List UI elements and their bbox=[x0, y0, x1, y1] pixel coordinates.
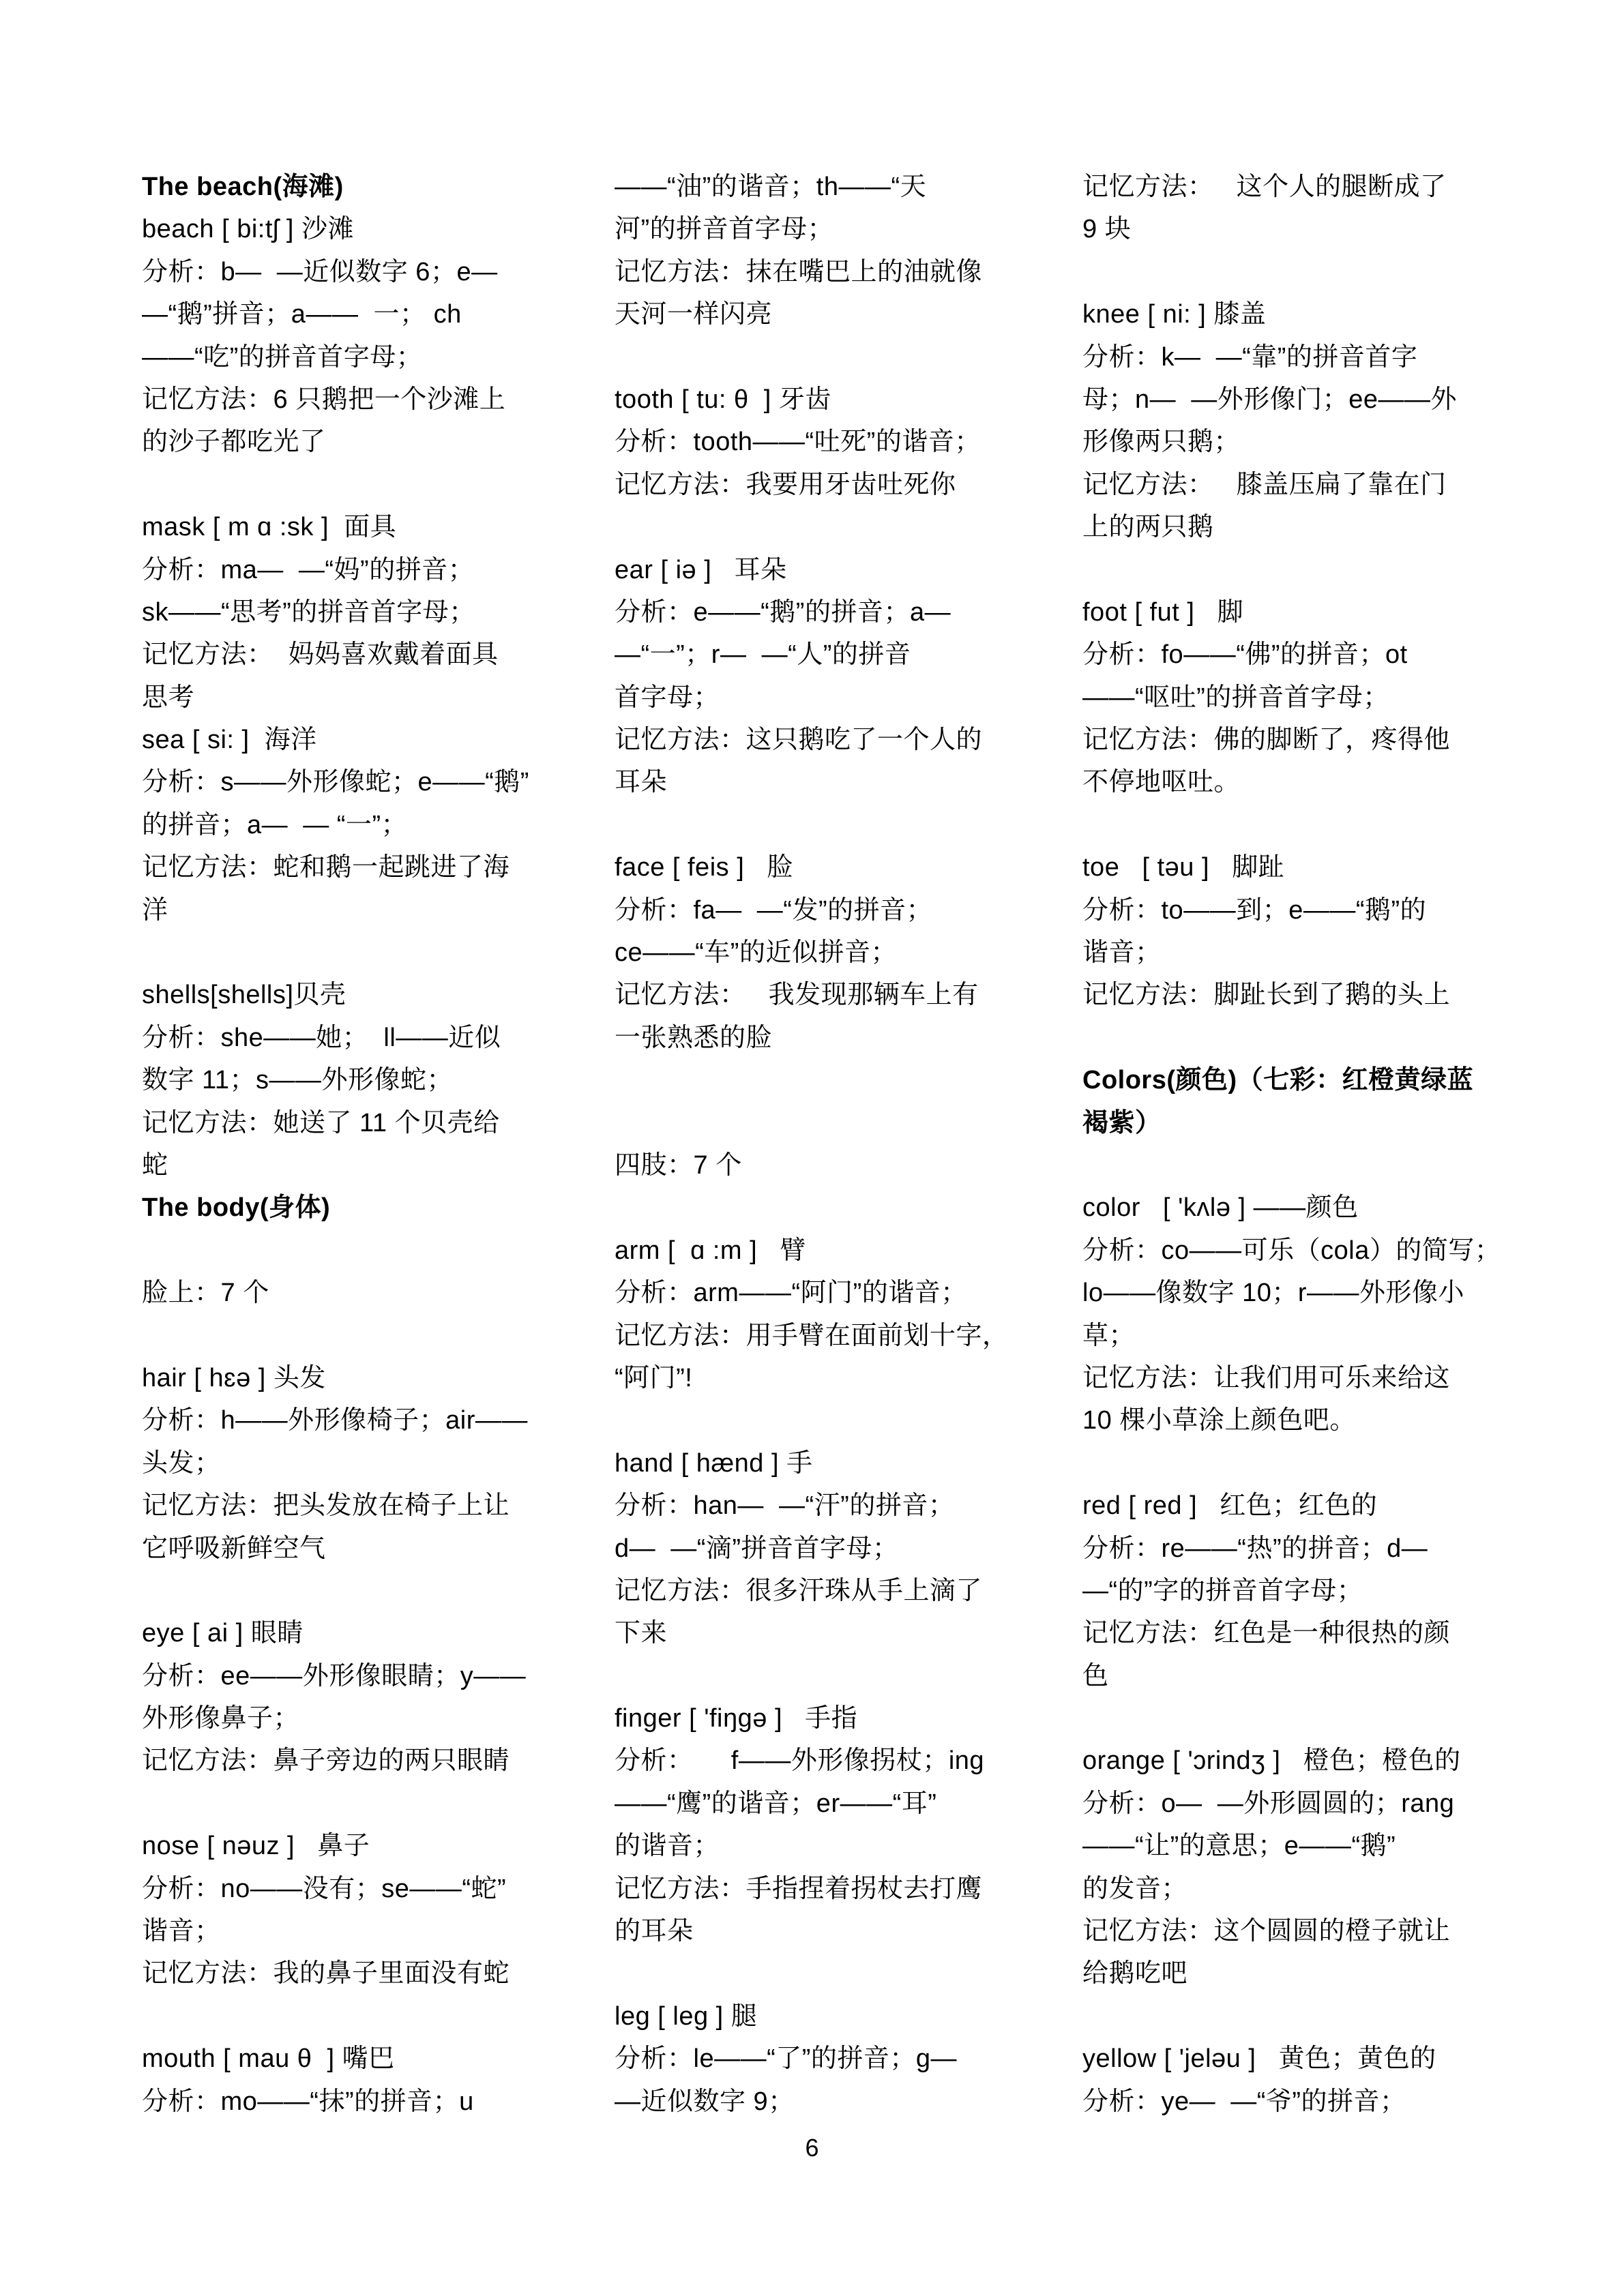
text-line: 记忆方法：脚趾长到了鹅的头上 bbox=[1082, 974, 1519, 1016]
text-line: hand [ hænd ] 手 bbox=[615, 1442, 1051, 1485]
text-line: 不停地呕吐。 bbox=[1082, 761, 1519, 803]
text-line: 蛇 bbox=[142, 1144, 578, 1187]
text-line: arm [ ɑ :m ] 臂 bbox=[615, 1229, 1051, 1272]
text-line: 分析：k— —“靠”的拼音首字 bbox=[1082, 336, 1519, 378]
text-line bbox=[142, 1995, 578, 2038]
text-line: 分析：ee——外形像眼睛；y—— bbox=[142, 1655, 578, 1697]
text-line bbox=[142, 931, 578, 974]
text-line bbox=[142, 1315, 578, 1357]
text-line: 色 bbox=[1082, 1655, 1519, 1697]
text-line: 记忆方法：让我们用可乐来给这 bbox=[1082, 1357, 1519, 1399]
text-line: 分析：fo——“佛”的拼音；ot bbox=[1082, 633, 1519, 676]
text-line: 记忆方法：我的鼻子里面没有蛇 bbox=[142, 1952, 578, 1995]
text-line bbox=[142, 1570, 578, 1612]
section-heading: The beach(海滩) bbox=[142, 166, 578, 208]
text-line: 数字 11；s——外形像蛇； bbox=[142, 1059, 578, 1101]
text-line bbox=[615, 1399, 1051, 1442]
text-line: 记忆方法：这只鹅吃了一个人的 bbox=[615, 719, 1051, 761]
text-line: ——“油”的谐音；th——“天 bbox=[615, 166, 1051, 208]
text-line: ce——“车”的近似拼音； bbox=[615, 931, 1051, 974]
text-line: mask [ m ɑ :sk ] 面具 bbox=[142, 506, 578, 548]
text-line: beach [ bi:tʃ ] 沙滩 bbox=[142, 208, 578, 250]
text-line: 分析： f——外形像拐杖；ing bbox=[615, 1740, 1051, 1782]
text-line: 分析：ma— —“妈”的拼音； bbox=[142, 549, 578, 591]
text-line: eye [ ai ] 眼睛 bbox=[142, 1612, 578, 1654]
text-line: 给鹅吃吧 bbox=[1082, 1952, 1519, 1995]
text-line: yellow [ 'jeləu ] 黄色；黄色的 bbox=[1082, 2038, 1519, 2080]
text-line bbox=[615, 1102, 1051, 1144]
text-line: 记忆方法：红色是一种很热的颜 bbox=[1082, 1612, 1519, 1654]
text-line bbox=[1082, 1442, 1519, 1485]
text-line: 分析：fa— —“发”的拼音； bbox=[615, 889, 1051, 931]
text-line: d— —“滴”拼音首字母； bbox=[615, 1527, 1051, 1570]
text-line: shells[shells]贝壳 bbox=[142, 974, 578, 1016]
text-line: 分析：o— —外形圆圆的；rang bbox=[1082, 1783, 1519, 1825]
text-column-3: 记忆方法： 这个人的腿断成了9 块knee [ ni: ] 膝盖分析：k— —“… bbox=[1082, 166, 1519, 2123]
document-page: The beach(海滩)beach [ bi:tʃ ] 沙滩分析：b— —近似… bbox=[0, 0, 1624, 2296]
text-line: 记忆方法：她送了 11 个贝壳给 bbox=[142, 1102, 578, 1144]
text-line: 的沙子都吃光了 bbox=[142, 421, 578, 463]
text-line: 上的两只鹅 bbox=[1082, 506, 1519, 548]
text-line: “阿门”! bbox=[615, 1357, 1051, 1399]
text-line bbox=[142, 464, 578, 506]
text-line bbox=[142, 1229, 578, 1272]
text-line: mouth [ mau θ ] 嘴巴 bbox=[142, 2038, 578, 2080]
text-line: 分析：no——没有；se——“蛇” bbox=[142, 1868, 578, 1910]
text-line: red [ red ] 红色；红色的 bbox=[1082, 1485, 1519, 1527]
text-line: 母；n— —外形像门；ee——外 bbox=[1082, 378, 1519, 421]
text-line: 记忆方法：用手臂在面前划十字， bbox=[615, 1315, 1051, 1357]
text-line: 分析：h——外形像椅子；air—— bbox=[142, 1399, 578, 1442]
text-line: 记忆方法：佛的脚断了，疼得他 bbox=[1082, 719, 1519, 761]
text-line bbox=[615, 1952, 1051, 1995]
text-line: 洋 bbox=[142, 889, 578, 931]
text-line: 形像两只鹅； bbox=[1082, 421, 1519, 463]
text-line: 谐音； bbox=[142, 1910, 578, 1952]
text-line: sea [ si: ] 海洋 bbox=[142, 719, 578, 761]
text-line: 一张熟悉的脸 bbox=[615, 1017, 1051, 1059]
text-line: hair [ hɛə ] 头发 bbox=[142, 1357, 578, 1399]
text-line: color [ 'kʌlə ] ——颜色 bbox=[1082, 1187, 1519, 1229]
text-line: —“一”；r— —“人”的拼音 bbox=[615, 633, 1051, 676]
text-line: 记忆方法：手指捏着拐杖去打鹰 bbox=[615, 1868, 1051, 1910]
text-line: finger [ 'fiŋgə ] 手指 bbox=[615, 1697, 1051, 1740]
text-line: —“的”字的拼音首字母； bbox=[1082, 1570, 1519, 1612]
text-line: 外形像鼻子； bbox=[142, 1697, 578, 1740]
text-line bbox=[1082, 1144, 1519, 1187]
text-line: face [ feis ] 脸 bbox=[615, 846, 1051, 889]
text-line: 分析：s——外形像蛇；e——“鹅” bbox=[142, 761, 578, 803]
text-line: 记忆方法：抹在嘴巴上的油就像 bbox=[615, 251, 1051, 293]
text-line: ——“让”的意思；e——“鹅” bbox=[1082, 1825, 1519, 1867]
text-line: 分析：arm——“阿门”的谐音； bbox=[615, 1272, 1051, 1314]
section-heading: The body(身体) bbox=[142, 1187, 578, 1229]
text-line: 分析：mo——“抹”的拼音；u bbox=[142, 2081, 578, 2123]
text-line: 记忆方法：很多汗珠从手上滴了 bbox=[615, 1570, 1051, 1612]
text-line: 头发； bbox=[142, 1442, 578, 1485]
text-line bbox=[615, 1059, 1051, 1101]
text-line: 分析：le——“了”的拼音；g— bbox=[615, 2038, 1051, 2080]
text-line: 记忆方法： 我发现那辆车上有 bbox=[615, 974, 1051, 1016]
text-line: 记忆方法：蛇和鹅一起跳进了海 bbox=[142, 846, 578, 889]
text-line: 记忆方法：鼻子旁边的两只眼睛 bbox=[142, 1740, 578, 1782]
text-line: ——“吃”的拼音首字母； bbox=[142, 336, 578, 378]
text-line bbox=[1082, 1697, 1519, 1740]
text-line: 分析：b— —近似数字 6；e— bbox=[142, 251, 578, 293]
text-line bbox=[615, 1655, 1051, 1697]
text-line: 分析：han— —“汗”的拼音； bbox=[615, 1485, 1051, 1527]
text-line: sk——“思考”的拼音首字母； bbox=[142, 591, 578, 633]
text-line bbox=[1082, 549, 1519, 591]
text-line: toe [ təu ] 脚趾 bbox=[1082, 846, 1519, 889]
text-line: 记忆方法：把头发放在椅子上让 bbox=[142, 1485, 578, 1527]
section-heading: Colors(颜色)（七彩：红橙黄绿蓝 bbox=[1082, 1059, 1519, 1101]
text-line: 分析：e——“鹅”的拼音；a— bbox=[615, 591, 1051, 633]
text-line: nose [ nəuz ] 鼻子 bbox=[142, 1825, 578, 1867]
text-line bbox=[615, 1187, 1051, 1229]
text-line: 谐音； bbox=[1082, 931, 1519, 974]
text-line: 的拼音；a— — “一”； bbox=[142, 804, 578, 846]
text-line: 首字母； bbox=[615, 676, 1051, 719]
text-line: 记忆方法：这个圆圆的橙子就让 bbox=[1082, 1910, 1519, 1952]
text-line: foot [ fut ] 脚 bbox=[1082, 591, 1519, 633]
text-line: knee [ ni: ] 膝盖 bbox=[1082, 293, 1519, 336]
text-line: 分析：to——到；e——“鹅”的 bbox=[1082, 889, 1519, 931]
text-line: 河”的拼音首字母； bbox=[615, 208, 1051, 250]
text-line: 记忆方法： 膝盖压扁了靠在门 bbox=[1082, 464, 1519, 506]
text-line: —近似数字 9； bbox=[615, 2081, 1051, 2123]
text-line: 分析：re——“热”的拼音；d— bbox=[1082, 1527, 1519, 1570]
text-line: 的耳朵 bbox=[615, 1910, 1051, 1952]
text-line: tooth [ tu: θ ] 牙齿 bbox=[615, 378, 1051, 421]
text-line: 的谐音； bbox=[615, 1825, 1051, 1867]
text-line: 天河一样闪亮 bbox=[615, 293, 1051, 336]
text-line: 记忆方法： 这个人的腿断成了 bbox=[1082, 166, 1519, 208]
text-line: leg [ leg ] 腿 bbox=[615, 1995, 1051, 2038]
text-line: 分析：tooth——“吐死”的谐音； bbox=[615, 421, 1051, 463]
text-line bbox=[615, 804, 1051, 846]
text-line: 记忆方法： 妈妈喜欢戴着面具 bbox=[142, 633, 578, 676]
text-line: 记忆方法：我要用牙齿吐死你 bbox=[615, 464, 1051, 506]
text-line: 脸上：7 个 bbox=[142, 1272, 578, 1314]
text-line: 耳朵 bbox=[615, 761, 1051, 803]
text-column-1: The beach(海滩)beach [ bi:tʃ ] 沙滩分析：b— —近似… bbox=[142, 166, 578, 2123]
section-heading: 褐紫） bbox=[1082, 1102, 1519, 1144]
page-number: 6 bbox=[0, 2133, 1624, 2163]
text-line: lo——像数字 10；r——外形像小 bbox=[1082, 1272, 1519, 1314]
text-line: 分析：ye— —“爷”的拼音； bbox=[1082, 2081, 1519, 2123]
text-line: 记忆方法：6 只鹅把一个沙滩上 bbox=[142, 378, 578, 421]
text-line: 它呼吸新鲜空气 bbox=[142, 1527, 578, 1570]
text-line bbox=[1082, 1017, 1519, 1059]
text-line: 思考 bbox=[142, 676, 578, 719]
text-line: 分析：co——可乐（cola）的简写； bbox=[1082, 1229, 1519, 1272]
text-line: 四肢：7 个 bbox=[615, 1144, 1051, 1187]
text-line: 下来 bbox=[615, 1612, 1051, 1654]
text-line bbox=[1082, 1995, 1519, 2038]
text-line: ——“呕吐”的拼音首字母； bbox=[1082, 676, 1519, 719]
text-line: 草； bbox=[1082, 1315, 1519, 1357]
text-line: 10 棵小草涂上颜色吧。 bbox=[1082, 1399, 1519, 1442]
text-line: 9 块 bbox=[1082, 208, 1519, 250]
text-line: ——“鹰”的谐音；er——“耳” bbox=[615, 1783, 1051, 1825]
text-line: ear [ iə ] 耳朵 bbox=[615, 549, 1051, 591]
text-line: —“鹅”拼音；a—— 一； ch bbox=[142, 293, 578, 336]
text-column-2: ——“油”的谐音；th——“天河”的拼音首字母；记忆方法：抹在嘴巴上的油就像天河… bbox=[615, 166, 1051, 2123]
text-line bbox=[1082, 251, 1519, 293]
text-line bbox=[615, 506, 1051, 548]
text-line: 的发音； bbox=[1082, 1868, 1519, 1910]
text-line bbox=[1082, 804, 1519, 846]
text-line bbox=[142, 1783, 578, 1825]
text-line: 分析：she——她； ll——近似 bbox=[142, 1017, 578, 1059]
text-line: orange [ 'ɔrindʒ ] 橙色；橙色的 bbox=[1082, 1740, 1519, 1782]
text-line bbox=[615, 336, 1051, 378]
